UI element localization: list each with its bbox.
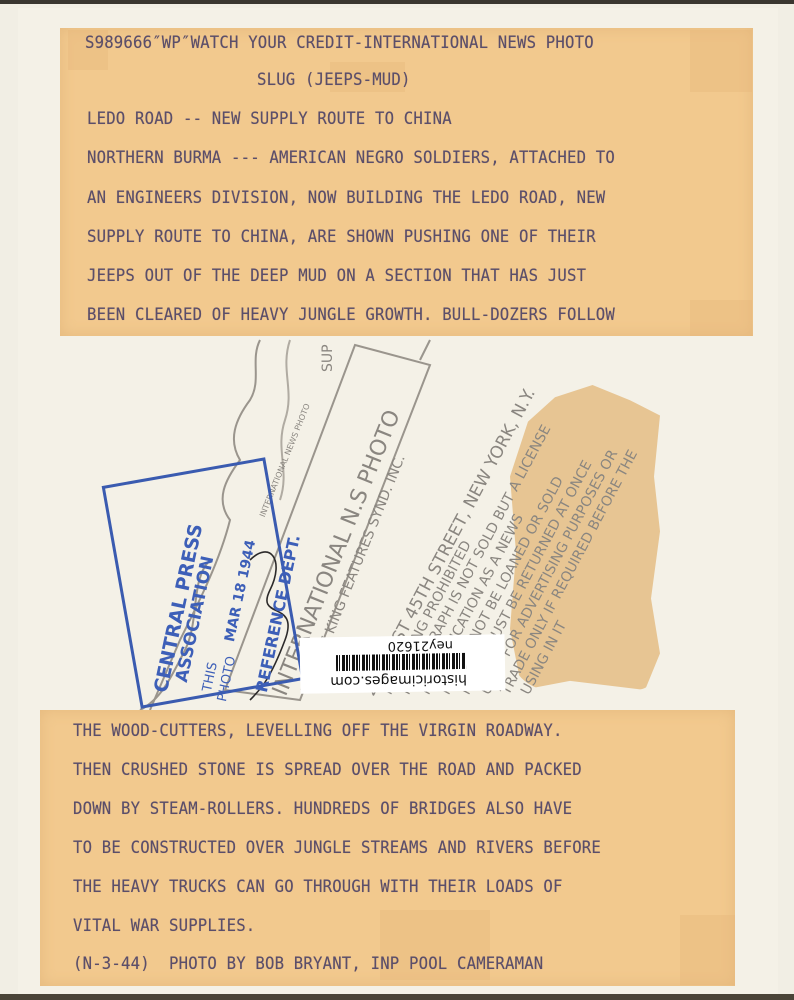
tape-patch: [690, 30, 752, 92]
tape-patch: [690, 300, 752, 336]
caption-credit: (N-3-44) PHOTO BY BOB BRYANT, INP POOL C…: [73, 954, 543, 974]
caption-line: SUPPLY ROUTE TO CHINA, ARE SHOWN PUSHING…: [87, 227, 596, 247]
barcode-label: ney21620 historicimages.com: [300, 634, 506, 694]
caption-line: NORTHERN BURMA --- AMERICAN NEGRO SOLDIE…: [87, 148, 615, 168]
caption-line: TO BE CONSTRUCTED OVER JUNGLE STREAMS AN…: [73, 838, 601, 858]
caption-slug: SLUG (JEEPS-MUD): [257, 70, 411, 90]
barcode-icon: [336, 653, 466, 671]
caption-header: S989666″WP″WATCH YOUR CREDIT-INTERNATION…: [85, 33, 594, 53]
caption-line: THE HEAVY TRUCKS CAN GO THROUGH WITH THE…: [73, 877, 563, 897]
caption-headline: LEDO ROAD -- NEW SUPPLY ROUTE TO CHINA: [87, 109, 452, 129]
caption-line: VITAL WAR SUPPLIES.: [73, 916, 255, 936]
caption-line: AN ENGINEERS DIVISION, NOW BUILDING THE …: [87, 188, 605, 208]
barcode-site: historicimages.com: [330, 671, 467, 689]
caption-line: THEN CRUSHED STONE IS SPREAD OVER THE RO…: [73, 760, 582, 780]
caption-line: THE WOOD-CUTTERS, LEVELLING OFF THE VIRG…: [73, 721, 563, 741]
tape-patch: [680, 915, 735, 985]
caption-line: JEEPS OUT OF THE DEEP MUD ON A SECTION T…: [87, 266, 586, 286]
scan-bottom-edge: [0, 994, 794, 1000]
caption-line: BEEN CLEARED OF HEAVY JUNGLE GROWTH. BUL…: [87, 305, 615, 325]
gray-stamp-sup: SUP: [320, 344, 336, 372]
barcode-id: ney21620: [387, 637, 453, 653]
caption-line: DOWN BY STEAM-ROLLERS. HUNDREDS OF BRIDG…: [73, 799, 572, 819]
